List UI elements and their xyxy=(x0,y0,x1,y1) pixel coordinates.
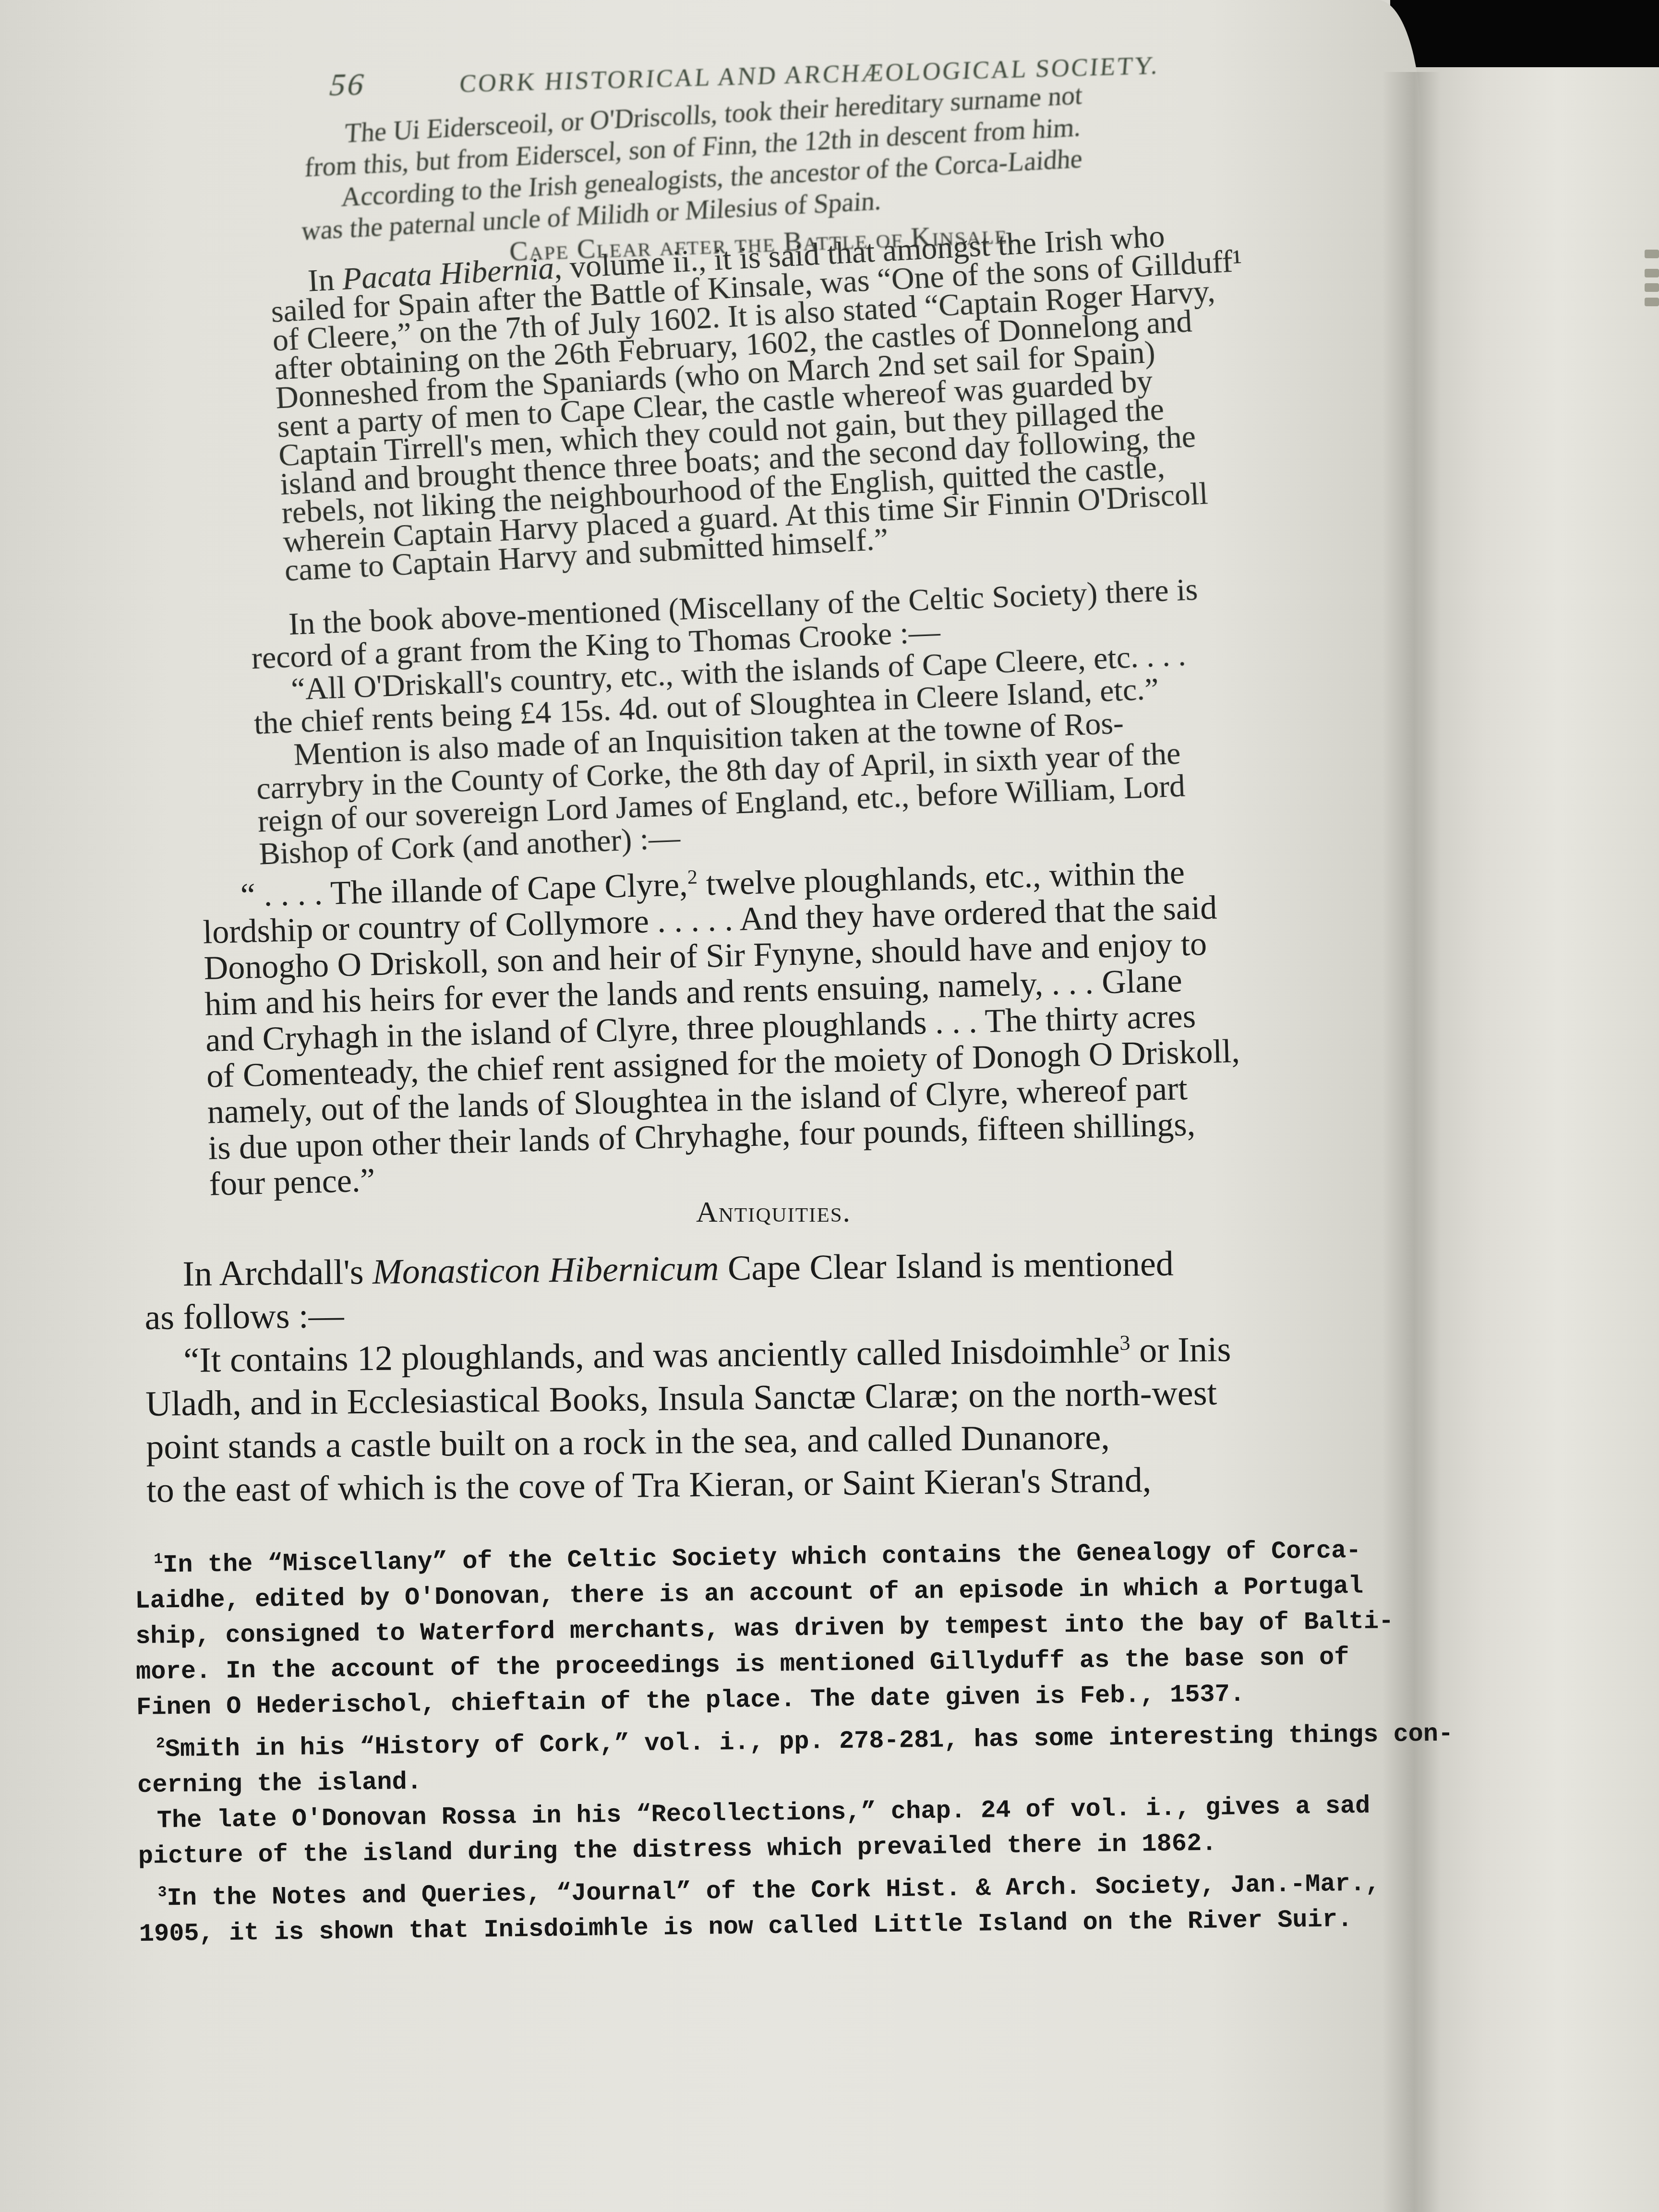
footnotes: 1In the “Miscellany” of the Celtic Socie… xyxy=(134,1532,1456,1959)
footnote-marker: 2 xyxy=(156,1735,165,1752)
facing-page-text-fragment xyxy=(1645,269,1659,277)
text-run: Cape Clear Island is mentioned xyxy=(719,1244,1174,1288)
section-heading-antiquities: Antiquities. xyxy=(696,1195,851,1229)
facing-page-text-fragment xyxy=(1645,250,1659,258)
footnote-3: 3In the Notes and Queries, “Journal” of … xyxy=(138,1865,1455,1952)
book-title: Monasticon Hibernicum xyxy=(373,1249,719,1292)
paragraph-antiquities: In Archdall's Monasticon Hibernicum Cape… xyxy=(144,1241,1233,1512)
text-run: or Inis xyxy=(1130,1330,1231,1370)
quote-inquisition: “ . . . . The illande of Cape Clyre,2 tw… xyxy=(202,853,1243,1202)
footnote-ref-2[interactable]: 2 xyxy=(687,866,697,888)
footnote-marker: 1 xyxy=(154,1551,163,1568)
text-run: “It contains 12 ploughlands, and was anc… xyxy=(183,1331,1120,1380)
facing-page-text-fragment xyxy=(1645,298,1659,306)
footnote-marker: 3 xyxy=(158,1884,167,1901)
book-page: 56 CORK HISTORICAL AND ARCHÆOLOGICAL SOC… xyxy=(0,0,1421,2212)
background-dark-corner xyxy=(1390,0,1659,72)
paragraph-pacata-hibernia: In Pacata Hibernia, volume ii., it is sa… xyxy=(269,218,1256,585)
facing-page-text-fragment xyxy=(1645,283,1659,292)
footnote-ref-3[interactable]: 3 xyxy=(1119,1331,1130,1355)
paragraph-grant-and-inquisition: In the book above-mentioned (Miscellany … xyxy=(250,573,1207,870)
footnote-1: 1In the “Miscellany” of the Celtic Socie… xyxy=(134,1532,1453,1725)
text-run: In Archdall's xyxy=(182,1252,373,1294)
footnote-2: 2Smith in his “History of Cork,” vol. i.… xyxy=(137,1716,1455,1874)
page-number: 56 xyxy=(328,67,367,103)
